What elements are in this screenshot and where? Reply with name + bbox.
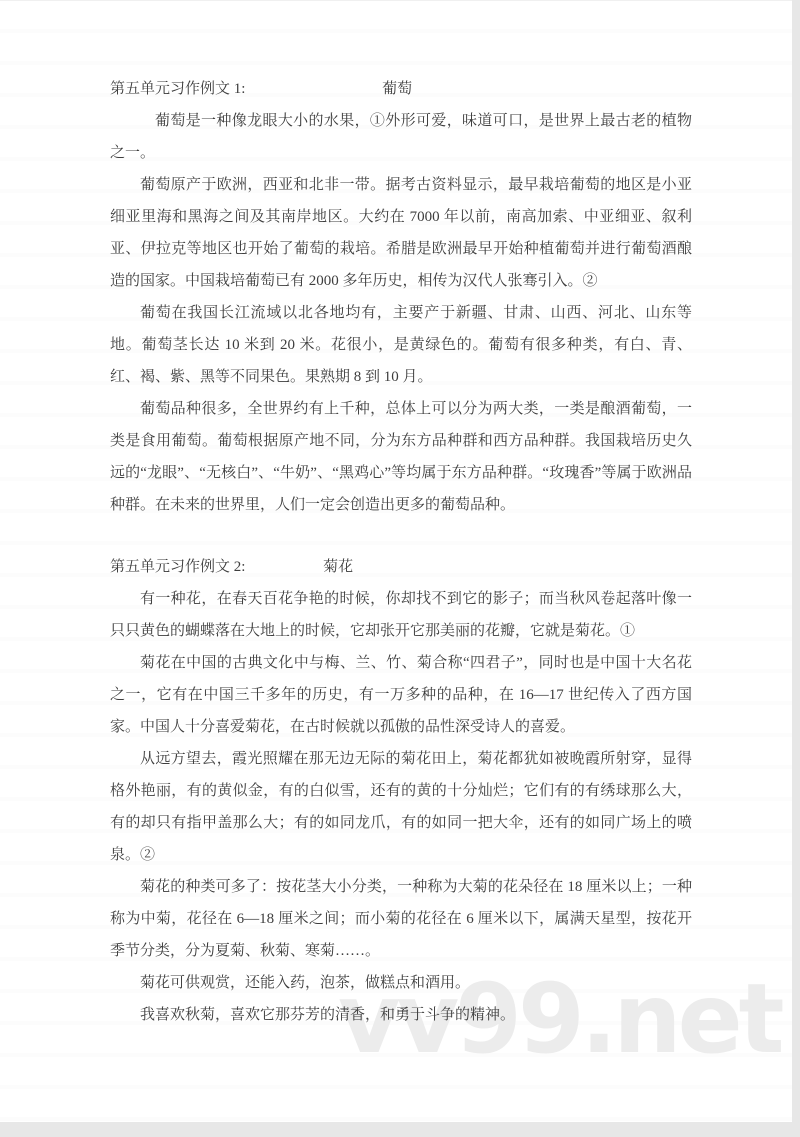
essay-2-paragraph-1: 有一种花，在春天百花争艳的时候，你却找不到它的影子；而当秋风卷起落叶像一只只黄色… [110, 583, 692, 647]
essay-1-paragraph-3: 葡萄在我国长江流域以北各地均有，主要产于新疆、甘肃、山西、河北、山东等地。葡萄茎… [110, 297, 692, 393]
document-content: 第五单元习作例文 1: 葡萄 葡萄是一种像龙眼大小的水果，①外形可爱，味道可口，… [110, 73, 692, 1031]
essay-1-paragraph-4: 葡萄品种很多，全世界约有上千种，总体上可以分为两大类，一类是酿酒葡萄，一类是食用… [110, 393, 692, 521]
essay-2-paragraph-2: 菊花在中国的古典文化中与梅、兰、竹、菊合称“四君子”，同时也是中国十大名花之一，… [110, 647, 692, 743]
essay-2-paragraph-3: 从远方望去，霞光照耀在那无边无际的菊花田上，菊花都犹如被晚霞所射穿，显得格外艳丽… [110, 743, 692, 871]
essay-1-heading-label: 第五单元习作例文 1: [110, 81, 245, 97]
essay-2-paragraph-5: 菊花可供观赏，还能入药，泡茶，做糕点和酒用。 [110, 967, 692, 999]
essay-2-heading: 第五单元习作例文 2: 菊花 [110, 551, 692, 583]
document-page: vv99.net 第五单元习作例文 1: 葡萄 葡萄是一种像龙眼大小的水果，①外… [0, 0, 792, 1122]
essay-1-title: 葡萄 [382, 81, 412, 97]
essay-2-paragraph-4: 菊花的种类可多了：按花茎大小分类，一种称为大菊的花朵径在 18 厘米以上；一种称… [110, 871, 692, 967]
essay-1-paragraph-1: 葡萄是一种像龙眼大小的水果，①外形可爱，味道可口，是世界上最古老的植物之一。 [110, 105, 692, 169]
essay-1-paragraph-2: 葡萄原产于欧洲，西亚和北非一带。据考古资料显示，最早栽培葡萄的地区是小亚细亚里海… [110, 169, 692, 297]
essay-2-paragraph-6: 我喜欢秋菊，喜欢它那芬芳的清香，和勇于斗争的精神。 [110, 999, 692, 1031]
essay-2-title: 菊花 [323, 559, 353, 575]
essay-2-heading-label: 第五单元习作例文 2: [110, 559, 245, 575]
essay-1-heading: 第五单元习作例文 1: 葡萄 [110, 73, 692, 105]
